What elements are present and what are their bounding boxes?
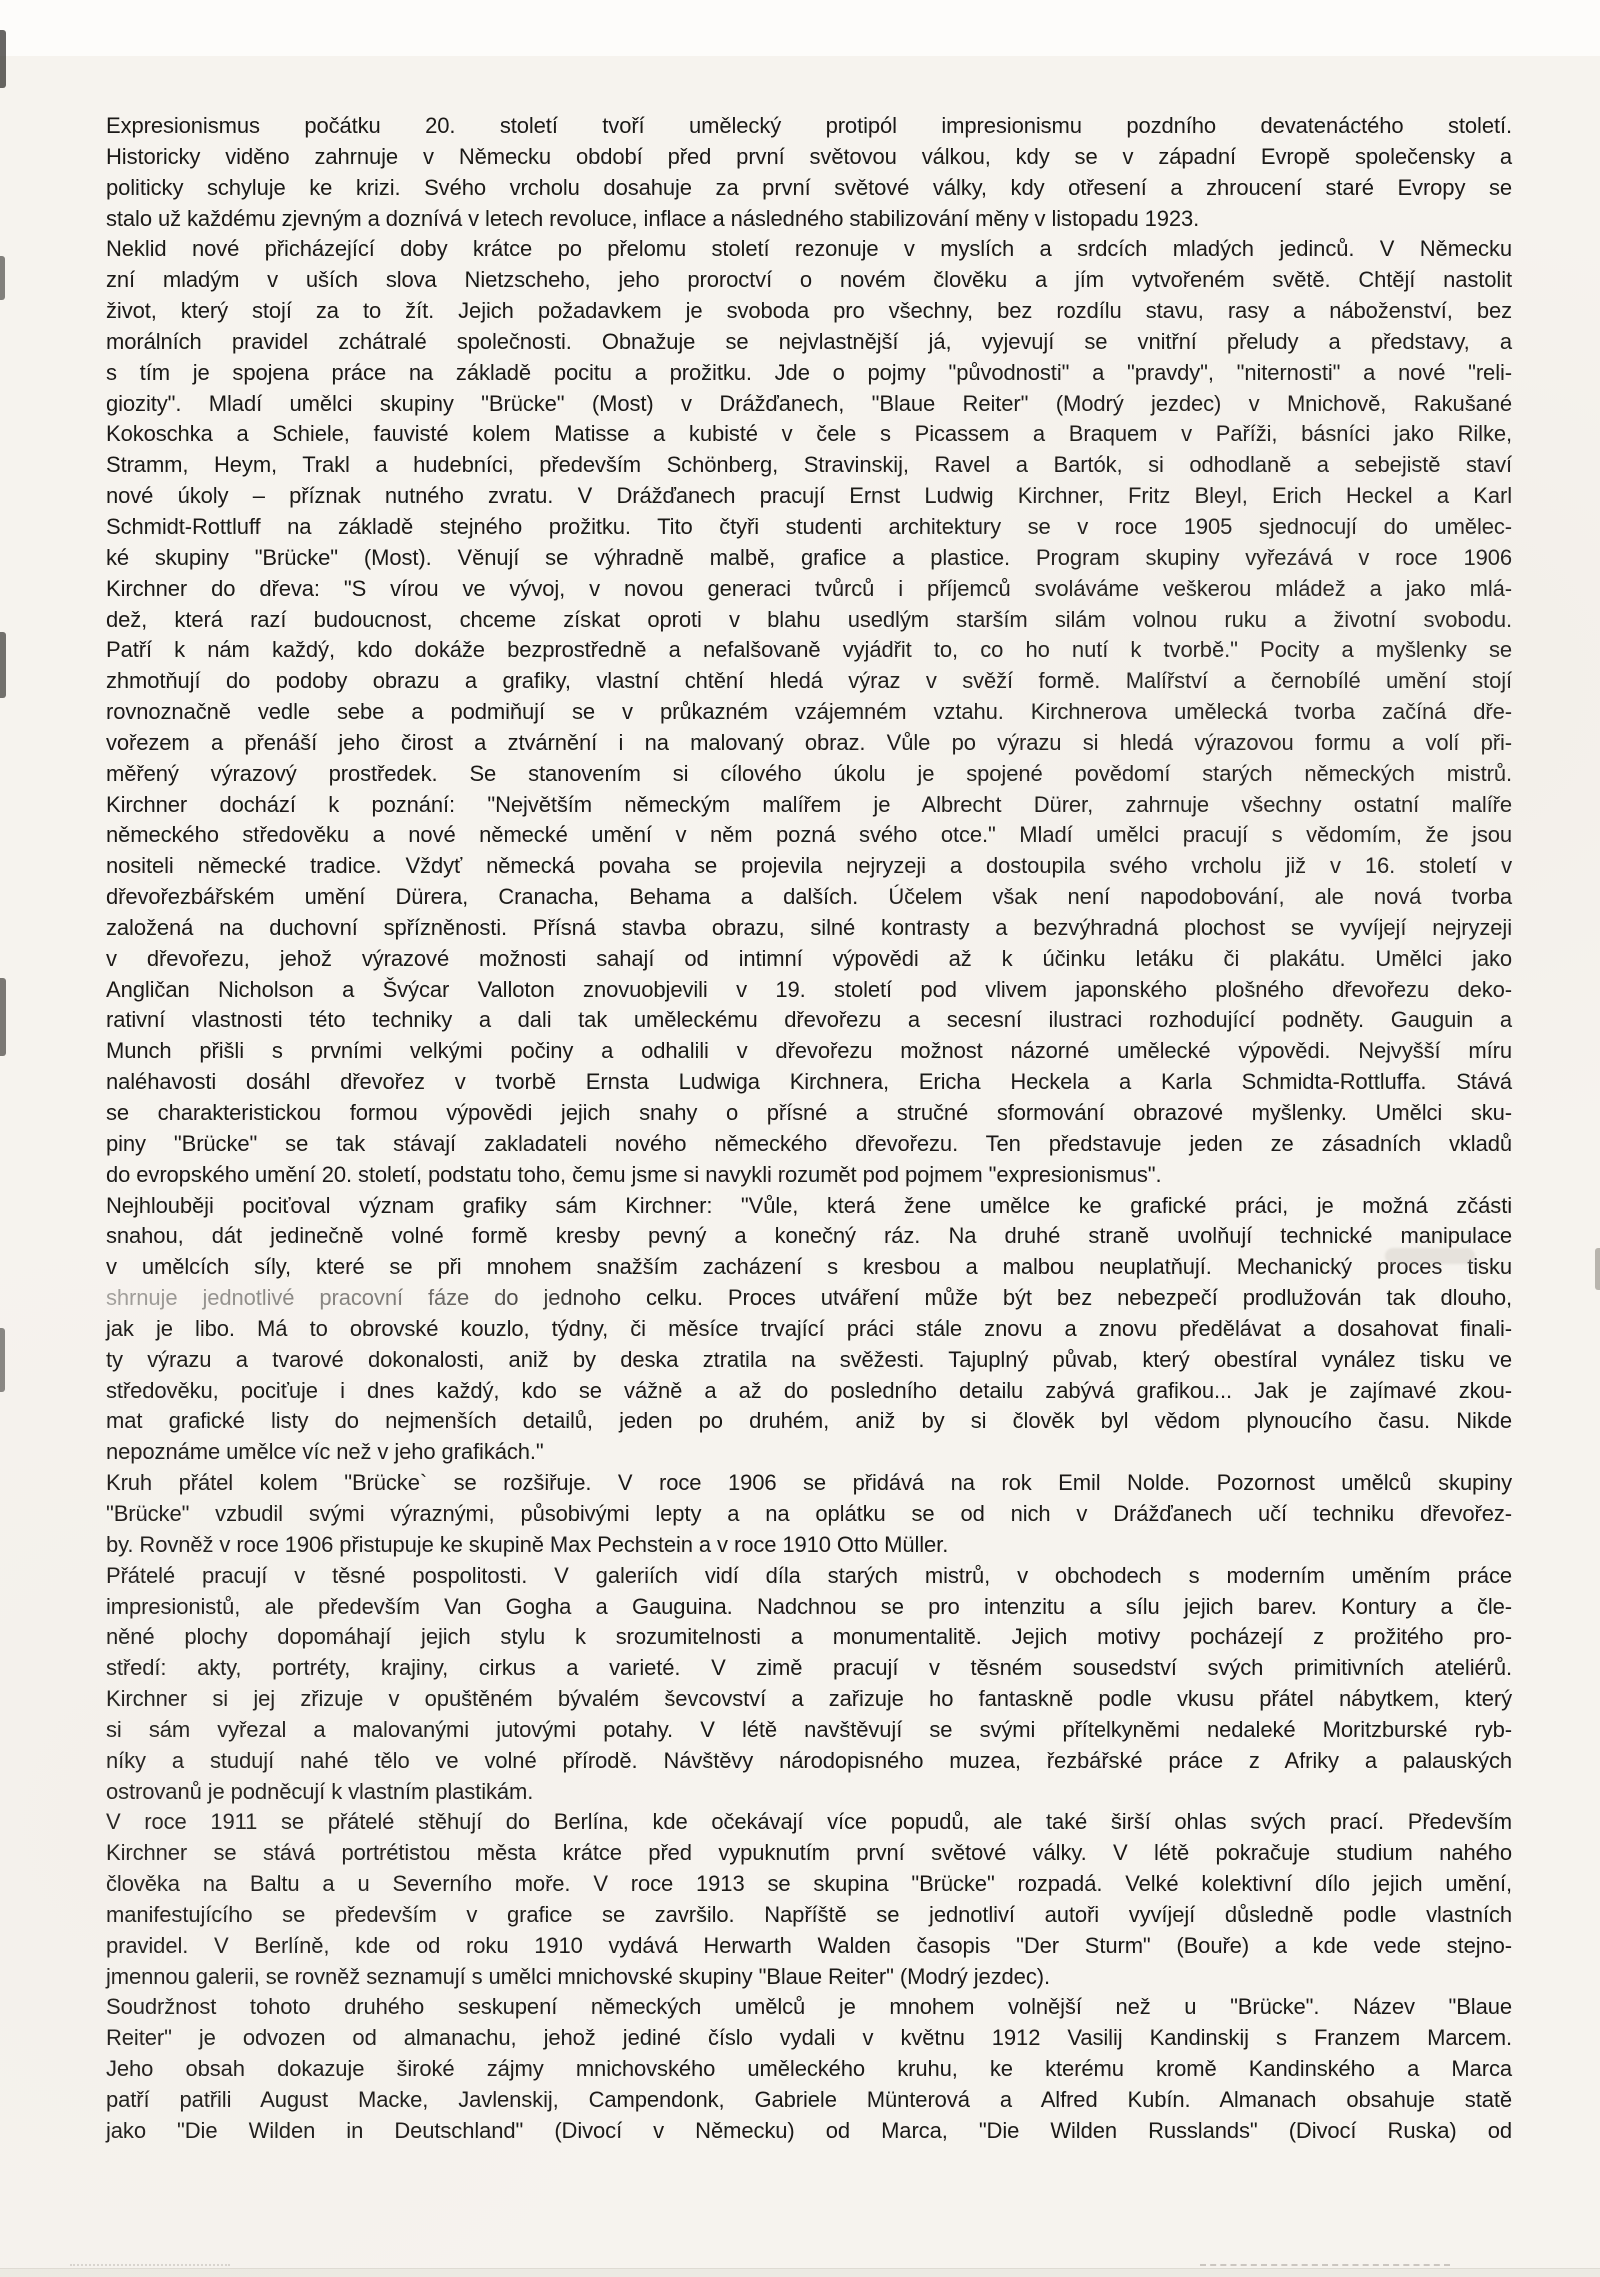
text-line: dřevořezbářském umění Dürera, Cranacha, … <box>106 882 1512 913</box>
scan-edge-mark <box>0 30 6 88</box>
scanner-noise-line <box>70 2264 230 2266</box>
text-line: impresionistů, ale především Van Gogha a… <box>106 1592 1512 1623</box>
text-line: Reiter" je odvozen od almanachu, jehož j… <box>106 2023 1512 2054</box>
text-line: by. Rovněž v roce 1906 přistupuje ke sku… <box>106 1530 1512 1561</box>
scan-edge-mark <box>0 1328 5 1392</box>
scan-edge-mark <box>0 978 6 1056</box>
text-line: nové úkoly – příznak nutného zvratu. V D… <box>106 481 1512 512</box>
text-line: Nejhlouběji pociťoval význam grafiky sám… <box>106 1191 1512 1222</box>
text-line: naléhavosti dosáhl dřevořez v tvorbě Ern… <box>106 1067 1512 1098</box>
body-text: Expresionismus počátku 20. století tvoří… <box>106 111 1512 2147</box>
text-line: jak je libo. Má to obrovské kouzlo, týdn… <box>106 1314 1512 1345</box>
text-line: piny "Brücke" se tak stávají zakladateli… <box>106 1129 1512 1160</box>
text-line: Kruh přátel kolem "Brücke` se rozšiřuje.… <box>106 1468 1512 1499</box>
text-line: se charakteristickou formou výpovědi jej… <box>106 1098 1512 1129</box>
text-line: jako "Die Wilden in Deutschland" (Divocí… <box>106 2116 1512 2147</box>
text-line: Angličan Nicholson a Švýcar Valloton zno… <box>106 975 1512 1006</box>
text-line: V roce 1911 se přátelé stěhují do Berlín… <box>106 1807 1512 1838</box>
text-line: Přátelé pracují v těsné pospolitosti. V … <box>106 1561 1512 1592</box>
text-line: morálních pravidel zchátralé společnosti… <box>106 327 1512 358</box>
text-line: středí: akty, portréty, krajiny, cirkus … <box>106 1653 1512 1684</box>
text-line: ty výrazu a tvarové dokonalosti, aniž by… <box>106 1345 1512 1376</box>
text-line: rovnoznačně vedle sebe a podmiňují se v … <box>106 697 1512 728</box>
text-line: Kirchner si jej zřizuje v opuštěném býva… <box>106 1684 1512 1715</box>
text-line: Historicky viděno zahrnuje v Německu obd… <box>106 142 1512 173</box>
text-line: Kokoschka a Schiele, fauvisté kolem Mati… <box>106 419 1512 450</box>
text-line: vořezem a přenáší jeho čirost a ztvárněn… <box>106 728 1512 759</box>
scan-edge-mark <box>1595 1248 1600 1290</box>
text-line: zhmotňují do podoby obrazu a grafiky, vl… <box>106 666 1512 697</box>
text-line: mat grafické listy do nejmenších detailů… <box>106 1406 1512 1437</box>
text-line: Kirchner dochází k poznání: "Největším n… <box>106 790 1512 821</box>
text-line: Expresionismus počátku 20. století tvoří… <box>106 111 1512 142</box>
text-line: politicky schyluje ke krizi. Svého vrcho… <box>106 173 1512 204</box>
text-line: "Brücke" vzbudil svými výraznými, působi… <box>106 1499 1512 1530</box>
text-line: Munch přišli s prvními velkými počiny a … <box>106 1036 1512 1067</box>
text-line: v dřevořezu, jehož výrazové možnosti sah… <box>106 944 1512 975</box>
text-line: si sám vyřezal a malovanými jutovými pot… <box>106 1715 1512 1746</box>
text-line: Schmidt-Rottluff na základě stejného pro… <box>106 512 1512 543</box>
text-line: ostrovanů je podněcují k vlastním plasti… <box>106 1777 1512 1808</box>
text-line: rativní vlastnosti této techniky a dali … <box>106 1005 1512 1036</box>
text-line: jmennou galerii, se rovněž seznamují s u… <box>106 1962 1512 1993</box>
text-line: Patří k nám každý, kdo dokáže bezprostře… <box>106 635 1512 666</box>
text-line: Soudržnost tohoto druhého seskupení něme… <box>106 1992 1512 2023</box>
text-line: v umělcích síly, které se při mnohem sna… <box>106 1252 1512 1283</box>
text-line: středověku, pociťuje i dnes každý, kdo s… <box>106 1376 1512 1407</box>
scan-edge-mark <box>0 632 6 698</box>
text-line: patří patřili August Macke, Javlenskij, … <box>106 2085 1512 2116</box>
scan-edge-mark <box>0 256 5 300</box>
text-line: něné plochy dopomáhají jejich stylu k sr… <box>106 1622 1512 1653</box>
text-line: Jeho obsah dokazuje široké zájmy mnichov… <box>106 2054 1512 2085</box>
text-line: Neklid nové přicházející doby krátce po … <box>106 234 1512 265</box>
text-line: život, který stojí za to žít. Jejich pož… <box>106 296 1512 327</box>
text-line: snahou, dát jedinečně volné formě kresby… <box>106 1221 1512 1252</box>
text-line: Kirchner do dřeva: "S vírou ve vývoj, v … <box>106 574 1512 605</box>
text-line: Stramm, Heym, Trakl a hudebníci, předevš… <box>106 450 1512 481</box>
scanner-noise-line <box>1200 2264 1450 2266</box>
text-line: člověka na Baltu a u Severního moře. V r… <box>106 1869 1512 1900</box>
text-line: měřený výrazový prostředek. Se stanovení… <box>106 759 1512 790</box>
text-line: nepoznáme umělce víc než v jeho grafikác… <box>106 1437 1512 1468</box>
text-line: níky a studují nahé tělo ve volné přírod… <box>106 1746 1512 1777</box>
text-line: nositeli německé tradice. Vždyť německá … <box>106 851 1512 882</box>
text-line: manifestujícího se především v grafice s… <box>106 1900 1512 1931</box>
text-line: s tím je spojena práce na základě pocitu… <box>106 358 1512 389</box>
text-line: založená na duchovní spřízněnosti. Přísn… <box>106 913 1512 944</box>
text-line: shrnuje jednotlivé pracovní fáze do jedn… <box>106 1283 1512 1314</box>
text-line: Kirchner se stává portrétistou města krá… <box>106 1838 1512 1869</box>
page-bottom-edge <box>0 2268 1600 2277</box>
text-line: zní mladým v uších slova Nietzscheho, je… <box>106 265 1512 296</box>
text-line: pravidel. V Berlíně, kde od roku 1910 vy… <box>106 1931 1512 1962</box>
text-line: dež, která razí budoucnost, chceme získa… <box>106 605 1512 636</box>
text-line: ké skupiny "Brücke" (Most). Věnují se vý… <box>106 543 1512 574</box>
scanner-edge-strip <box>0 0 1600 56</box>
text-line: německého středověku a nové německé uměn… <box>106 820 1512 851</box>
scanned-document-page: Expresionismus počátku 20. století tvoří… <box>0 0 1600 2277</box>
text-line: giozity". Mladí umělci skupiny "Brücke" … <box>106 389 1512 420</box>
text-line: stalo už každému zjevným a doznívá v let… <box>106 204 1512 235</box>
text-line: do evropského umění 20. století, podstat… <box>106 1160 1512 1191</box>
